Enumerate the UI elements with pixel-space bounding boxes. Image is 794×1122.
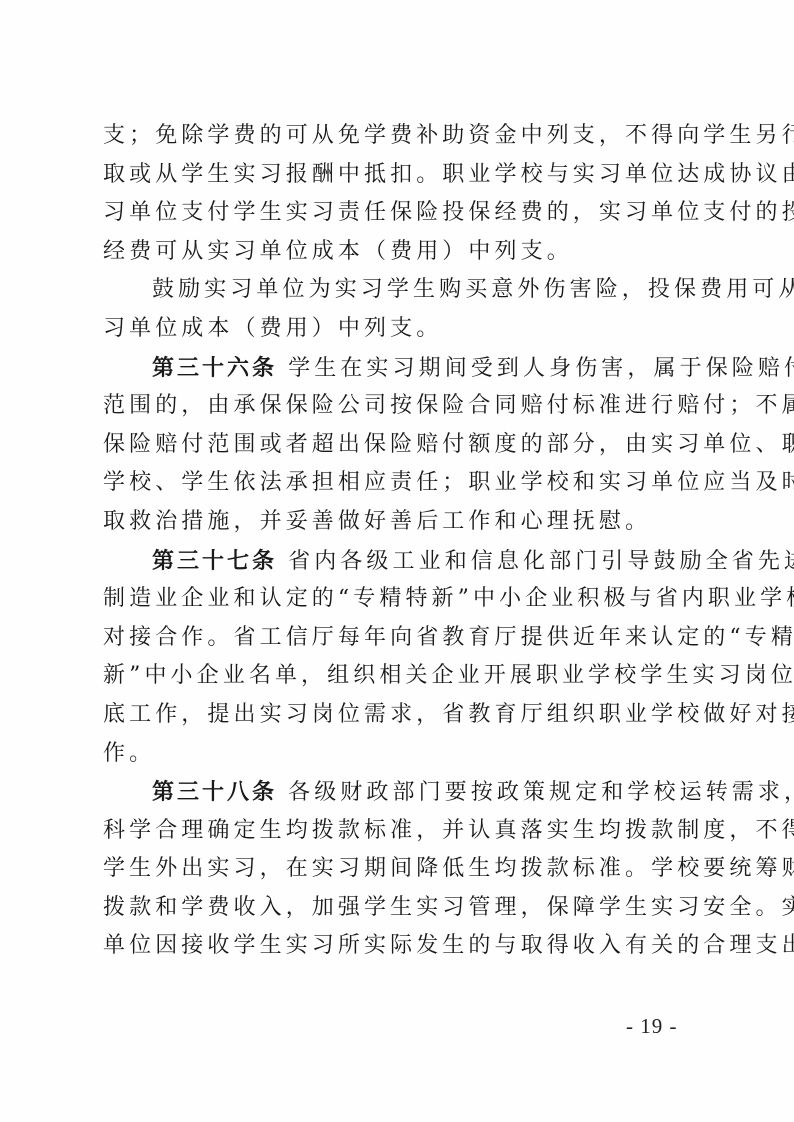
- article-number: 第三十六条: [152, 355, 277, 381]
- text-line: 范围的，由承保保险公司按保险合同赔付标准进行赔付；不属于: [103, 387, 703, 426]
- line-text: 省内各级工业和信息化部门引导鼓励全省先进: [277, 549, 794, 574]
- line-text: 新”中小企业名单，组织相关企业开展职业学校学生实习岗位摸: [103, 663, 794, 688]
- body-text: 支；免除学费的可从免学费补助资金中列支，不得向学生另行收 取或从学生实习报酬中抵…: [103, 117, 703, 966]
- line-text: 底工作，提出实习岗位需求，省教育厅组织职业学校做好对接工: [103, 702, 794, 727]
- text-line: 作。: [103, 735, 703, 774]
- line-text: 习单位成本（费用）中列支。: [103, 316, 442, 341]
- text-line: 学校、学生依法承担相应责任；职业学校和实习单位应当及时采: [103, 464, 703, 503]
- line-text: 学生外出实习，在实习期间降低生均拨款标准。学校要统筹财政: [103, 856, 794, 881]
- text-line: 制造业企业和认定的“专精特新”中小企业积极与省内职业学校: [103, 580, 703, 619]
- text-line: 拨款和学费收入，加强学生实习管理，保障学生实习安全。实习: [103, 889, 703, 928]
- text-line: 取或从学生实习报酬中抵扣。职业学校与实习单位达成协议由实: [103, 156, 703, 195]
- article-number: 第三十八条: [152, 779, 277, 805]
- paragraph-start-line: 鼓励实习单位为实习学生购买意外伤害险，投保费用可从实: [103, 271, 703, 310]
- line-text: 拨款和学费收入，加强学生实习管理，保障学生实习安全。实习: [103, 895, 794, 920]
- text-line: 科学合理确定生均拨款标准，并认真落实生均拨款制度，不得因: [103, 812, 703, 851]
- text-line: 取救治措施，并妥善做好善后工作和心理抚慰。: [103, 503, 703, 542]
- line-text: 支；免除学费的可从免学费补助资金中列支，不得向学生另行收: [103, 123, 794, 148]
- text-line: 经费可从实习单位成本（费用）中列支。: [103, 233, 703, 272]
- text-line: 支；免除学费的可从免学费补助资金中列支，不得向学生另行收: [103, 117, 703, 156]
- text-line: 单位因接收学生实习所实际发生的与取得收入有关的合理支出，: [103, 927, 703, 966]
- text-line: 底工作，提出实习岗位需求，省教育厅组织职业学校做好对接工: [103, 696, 703, 735]
- line-text: 范围的，由承保保险公司按保险合同赔付标准进行赔付；不属于: [103, 393, 794, 418]
- line-text: 取救治措施，并妥善做好善后工作和心理抚慰。: [103, 509, 651, 534]
- text-line: 学生外出实习，在实习期间降低生均拨款标准。学校要统筹财政: [103, 850, 703, 889]
- line-text: 学校、学生依法承担相应责任；职业学校和实习单位应当及时采: [103, 470, 794, 495]
- page-number: - 19 -: [626, 1014, 678, 1039]
- line-text: 作。: [103, 741, 155, 766]
- document-page: 支；免除学费的可从免学费补助资金中列支，不得向学生另行收 取或从学生实习报酬中抵…: [0, 0, 794, 1122]
- text-line: 保险赔付范围或者超出保险赔付额度的部分，由实习单位、职业: [103, 426, 703, 465]
- line-text: 经费可从实习单位成本（费用）中列支。: [103, 239, 573, 264]
- article-38-heading-line: 第三十八条 各级财政部门要按政策规定和学校运转需求，: [103, 773, 703, 812]
- text-line: 对接合作。省工信厅每年向省教育厅提供近年来认定的“专精特: [103, 619, 703, 658]
- line-text: 对接合作。省工信厅每年向省教育厅提供近年来认定的“专精特: [103, 625, 794, 650]
- line-text: 各级财政部门要按政策规定和学校运转需求，: [277, 780, 794, 805]
- line-text: 取或从学生实习报酬中抵扣。职业学校与实习单位达成协议由实: [103, 162, 794, 187]
- line-text: 单位因接收学生实习所实际发生的与取得收入有关的合理支出，: [103, 933, 794, 958]
- text-line: 习单位支付学生实习责任保险投保经费的，实习单位支付的投保: [103, 194, 703, 233]
- line-text: 科学合理确定生均拨款标准，并认真落实生均拨款制度，不得因: [103, 818, 794, 843]
- text-line: 习单位成本（费用）中列支。: [103, 310, 703, 349]
- line-text: 学生在实习期间受到人身伤害，属于保险赔付: [277, 356, 794, 381]
- text-line: 新”中小企业名单，组织相关企业开展职业学校学生实习岗位摸: [103, 657, 703, 696]
- line-text: 制造业企业和认定的“专精特新”中小企业积极与省内职业学校: [103, 586, 794, 611]
- line-text: 保险赔付范围或者超出保险赔付额度的部分，由实习单位、职业: [103, 432, 794, 457]
- article-37-heading-line: 第三十七条 省内各级工业和信息化部门引导鼓励全省先进: [103, 542, 703, 581]
- line-text: 鼓励实习单位为实习学生购买意外伤害险，投保费用可从实: [152, 277, 794, 302]
- article-number: 第三十七条: [152, 548, 277, 574]
- line-text: 习单位支付学生实习责任保险投保经费的，实习单位支付的投保: [103, 200, 794, 225]
- article-36-heading-line: 第三十六条 学生在实习期间受到人身伤害，属于保险赔付: [103, 349, 703, 388]
